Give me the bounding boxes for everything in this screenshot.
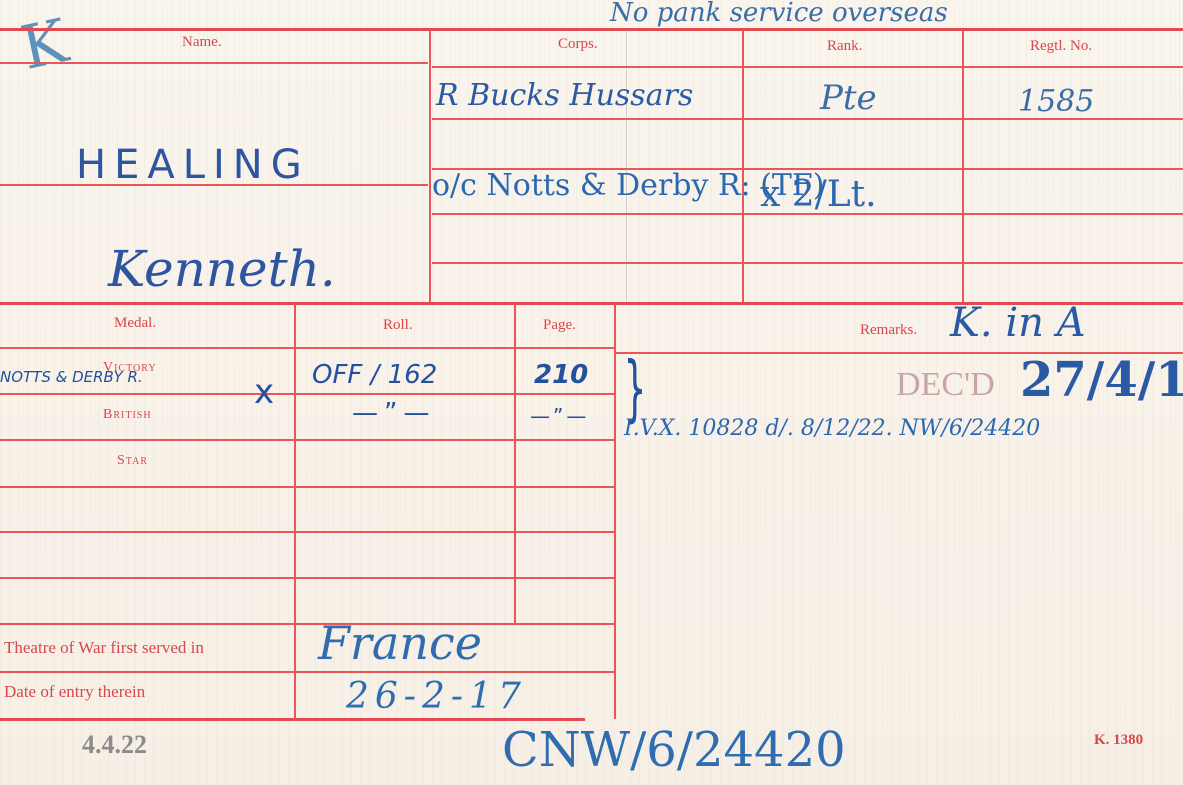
roll-value-victory: OFF / 162 (312, 360, 437, 390)
rule-medal-5 (0, 577, 614, 579)
form-number: K. 1380 (1094, 732, 1143, 749)
deceased-stamp: DEC'D (896, 366, 995, 404)
theatre-label: Theatre of War first served in (4, 638, 204, 658)
deceased-date: 27/4/17. (1020, 352, 1183, 408)
medal-index-card: No pank service overseas K Name. Corps. … (0, 0, 1183, 785)
corps-value-1: R Bucks Hussars (436, 78, 693, 113)
rule-top (0, 28, 1183, 31)
page-value-british: —”— (530, 404, 589, 428)
tick-mark: x (254, 372, 274, 412)
entry-label: Date of entry therein (4, 682, 145, 702)
regtl-no-label: Regtl. No. (1030, 38, 1092, 55)
rule-medal-1 (0, 393, 614, 395)
theatre-value: France (318, 616, 482, 670)
top-annotation: No pank service overseas (610, 0, 948, 28)
rule-bottom (0, 718, 585, 721)
rank-value-2: x 2/Lt. (760, 174, 877, 215)
rule-medal-2 (0, 439, 614, 441)
entry-value: 26-2-17 (346, 676, 527, 717)
name-label: Name. (182, 34, 222, 51)
vrule-name-corps (429, 30, 431, 302)
regtl-no-value-1: 1585 (1018, 84, 1094, 119)
vrule-page-remarks (614, 304, 616, 719)
remarks-header-note: K. in A (950, 300, 1085, 346)
rule-theatre (0, 671, 614, 673)
remarks-note: I.V.X. 10828 d/. 8/12/22. NW/6/24420 (624, 416, 1040, 441)
medal-label: Medal. (114, 315, 156, 332)
medal-british: British (103, 407, 152, 423)
vrule-rank-regtl (962, 30, 964, 302)
remarks-label: Remarks. (860, 322, 917, 339)
vrule-roll-page (514, 304, 516, 624)
vrule-medal-roll (294, 304, 296, 719)
rule-row4 (432, 262, 1183, 264)
rank-value-1: Pte (820, 78, 877, 118)
medal-star: Star (117, 453, 148, 469)
rule-medal-6 (0, 623, 614, 625)
rule-header-right (432, 66, 1183, 68)
forename-value: Kenneth. (108, 240, 336, 298)
vrule-corps-rank (742, 30, 744, 302)
roll-label: Roll. (383, 317, 413, 334)
corner-mark: K (15, 6, 73, 84)
reference-number: CNW/6/24420 (502, 722, 846, 778)
vrule-corps-split (626, 30, 627, 302)
page-label: Page. (543, 317, 576, 334)
page-value-victory: 210 (534, 360, 588, 390)
date-stamp: 4.4.22 (82, 730, 147, 760)
rank-label: Rank. (827, 38, 862, 55)
corps-label: Corps. (558, 36, 598, 53)
rule-medal-4 (0, 531, 614, 533)
roll-value-british: —”— (352, 398, 435, 428)
rule-header-name (0, 62, 428, 64)
surname-value: HEALING (76, 142, 310, 188)
unit-note: NOTTS & DERBY R. (0, 368, 143, 386)
rule-medal-header (0, 347, 614, 349)
rule-medal-3 (0, 486, 614, 488)
